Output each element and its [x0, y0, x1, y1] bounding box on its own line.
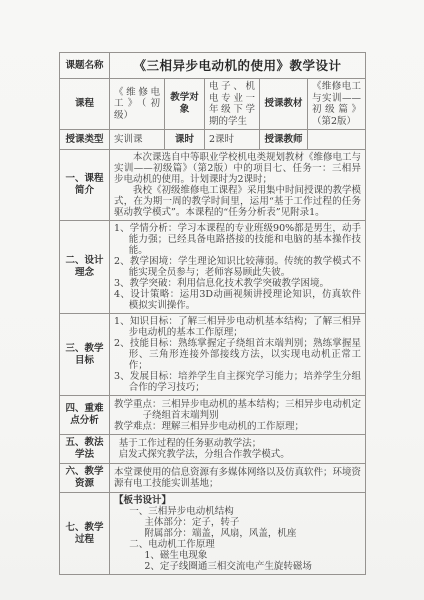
board-design-heading: 【板书设计】 — [114, 495, 361, 506]
table-row: 课题名称 《三相异步电动机的使用》教学设计 — [60, 53, 366, 79]
section-content: 本堂课使用的信息资源有多媒体网络以及仿真软件；环境资源有电工技能实训基地； — [110, 464, 366, 493]
table-row: 课程 《维修电工》（初级） 教学对象 电子、机电专业一年级下学期的学生 授课教材… — [60, 79, 366, 130]
scanned-page: 课题名称 《三相异步电动机的使用》教学设计 课程 《维修电工》（初级） 教学对象… — [0, 0, 424, 600]
text-line: 4、设计策略：运用3D动画视频讲授理论知识，仿真软件模拟实训操作。 — [114, 289, 361, 311]
section-label: 一、课程简介 — [60, 150, 110, 221]
section-content: 基于工作过程的任务驱动教学法； 启发式探究教学法，分组合作教学模式。 — [110, 435, 366, 464]
section-content: 本次课选自中等职业学校机电类规划教材《维修电工与实训——初级篇》（第2版）中的项… — [110, 150, 366, 221]
section-row-intro: 一、课程简介 本次课选自中等职业学校机电类规划教材《维修电工与实训——初级篇》（… — [60, 150, 366, 221]
section-row-objectives: 三、教学目标 1、知识目标：了解三相异步电动机基本结构；了解三相异步电动机的基本… — [60, 314, 366, 396]
section-content: 【板书设计】 一、三相异步电动机结构 主体部分：定子，转子 附属部分：端盖，风扇… — [110, 493, 366, 575]
text-line: 教学难点：理解三相异步电动机的工作原理； — [114, 421, 361, 432]
audience-label: 教学对象 — [165, 79, 205, 130]
text-line: 基于工作过程的任务驱动教学法； — [114, 438, 361, 449]
material-value: 《维修电工与实训——初级篇》（第2版） — [308, 79, 366, 130]
text-line: 附属部分：端盖，风扇，风盖，机座 — [114, 528, 361, 539]
table-row: 授课类型 实训课 课时 2课时 授课教师 — [60, 130, 366, 150]
hours-value: 2课时 — [205, 130, 260, 150]
text-line: 教学重点：三相异步电动机的基本结构；三相异步电动机定子绕组首末端判别 — [114, 399, 361, 421]
section-label: 六、教学资源 — [60, 464, 110, 493]
section-content: 教学重点：三相异步电动机的基本结构；三相异步电动机定子绕组首末端判别 教学难点：… — [110, 396, 366, 435]
text-line: 1、知识目标：了解三相异步电动机基本结构；了解三相异步电动机的基本工作原理； — [114, 316, 361, 338]
text-line: 启发式探究教学法，分组合作教学模式。 — [114, 449, 361, 460]
section-content: 1、知识目标：了解三相异步电动机基本结构；了解三相异步电动机的基本工作原理； 2… — [110, 314, 366, 396]
teacher-label: 授课教师 — [260, 130, 308, 150]
course-title-label: 课题名称 — [60, 53, 110, 79]
section-label: 七、教学过程 — [60, 493, 110, 575]
text-line: 本次课选自中等职业学校机电类规划教材《维修电工与实训——初级篇》（第2版）中的项… — [114, 152, 361, 185]
audience-value: 电子、机电专业一年级下学期的学生 — [205, 79, 260, 130]
section-row-process: 七、教学过程 【板书设计】 一、三相异步电动机结构 主体部分：定子，转子 附属部… — [60, 493, 366, 575]
section-row-concept: 二、设计理念 1、学情分析：学习本课程的专业班级90%都是男生，动手能力强；已经… — [60, 221, 366, 314]
lesson-type-value: 实训课 — [110, 130, 165, 150]
course-value: 《维修电工》（初级） — [110, 79, 165, 130]
section-label: 二、设计理念 — [60, 221, 110, 314]
text-line: 我校《初级维修电工课程》采用集中时间授课的教学模式，在为期一周的教学时间里，运用… — [114, 185, 361, 218]
material-label: 授课教材 — [260, 79, 308, 130]
page-title: 《三相异步电动机的使用》教学设计 — [110, 53, 366, 79]
section-row-keypoints: 四、重难点分析 教学重点：三相异步电动机的基本结构；三相异步电动机定子绕组首末端… — [60, 396, 366, 435]
text-line: 1、学情分析：学习本课程的专业班级90%都是男生，动手能力强；已经具备电路搭接的… — [114, 223, 361, 256]
section-label: 四、重难点分析 — [60, 396, 110, 435]
text-line: 3、教学突破：利用信息化技术教学突破教学困境。 — [114, 278, 361, 289]
text-line: 一、三相异步电动机结构 — [114, 506, 361, 517]
text-line: 本堂课使用的信息资源有多媒体网络以及仿真软件；环境资源有电工技能实训基地； — [114, 467, 361, 489]
teacher-value — [308, 130, 366, 150]
section-content: 1、学情分析：学习本课程的专业班级90%都是男生，动手能力强；已经具备电路搭接的… — [110, 221, 366, 314]
course-label: 课程 — [60, 79, 110, 130]
text-line: 2、定子线圈通三相交流电产生旋转磁场 — [114, 561, 361, 572]
hours-label: 课时 — [165, 130, 205, 150]
lesson-type-label: 授课类型 — [60, 130, 110, 150]
text-line: 2、教学困境：学生理论知识比较薄弱。传统的教学模式不能实现全员参与；老师容易顾此… — [114, 256, 361, 278]
text-line: 2、技能目标：熟练掌握定子绕组首末端判别；熟练掌握星形、三角形连接外部接线方法，… — [114, 338, 361, 371]
section-label: 五、教法学法 — [60, 435, 110, 464]
text-line: 主体部分：定子，转子 — [114, 517, 361, 528]
section-label: 三、教学目标 — [60, 314, 110, 396]
section-row-resources: 六、教学资源 本堂课使用的信息资源有多媒体网络以及仿真软件；环境资源有电工技能实… — [60, 464, 366, 493]
text-line: 3、发展目标：培养学生自主探究学习能力；培养学生分组合作的学习技巧； — [114, 371, 361, 393]
section-row-methods: 五、教法学法 基于工作过程的任务驱动教学法； 启发式探究教学法，分组合作教学模式… — [60, 435, 366, 464]
teaching-design-table: 课题名称 《三相异步电动机的使用》教学设计 课程 《维修电工》（初级） 教学对象… — [59, 52, 366, 575]
text-line: 二、电动机工作原理 — [114, 539, 361, 550]
text-line: 1、磁生电现象 — [114, 550, 361, 561]
